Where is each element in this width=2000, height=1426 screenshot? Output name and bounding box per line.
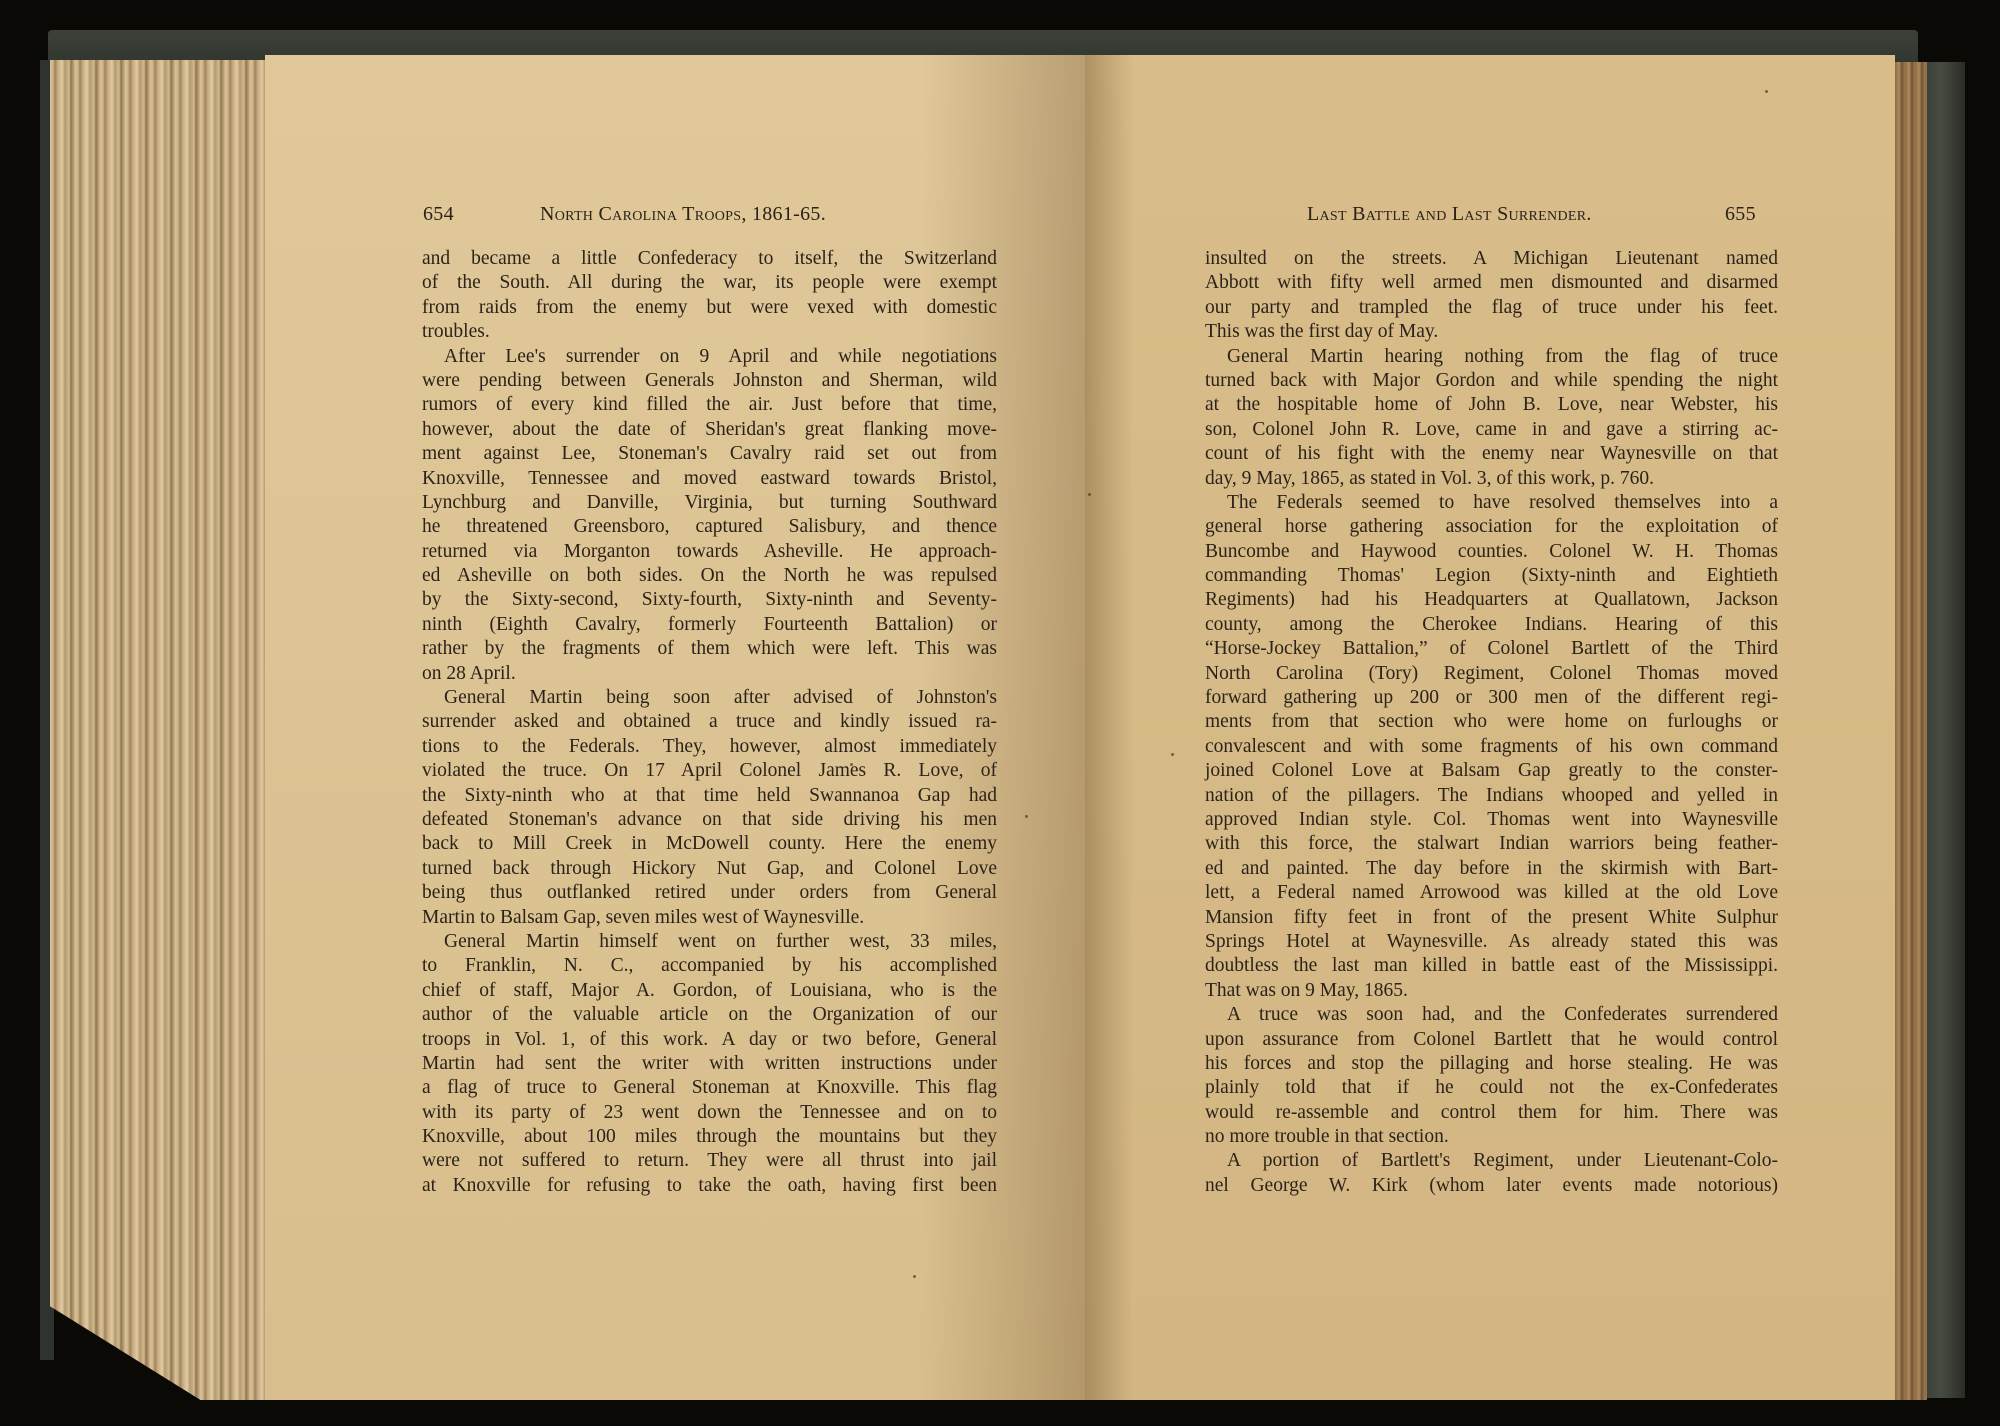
paper-speck xyxy=(1765,90,1768,93)
text-line: General Martin being soon after advised … xyxy=(422,686,997,710)
text-line: That was on 9 May, 1865. xyxy=(1205,979,1778,1003)
page-number-right: 655 xyxy=(1725,203,1756,226)
page-number-left: 654 xyxy=(423,203,454,226)
text-line: A portion of Bartlett's Regiment, under … xyxy=(1205,1149,1778,1173)
text-line: Abbott with fifty well armed men dismoun… xyxy=(1205,271,1778,295)
text-line: tions to the Federals. They, however, al… xyxy=(422,735,997,759)
text-line: After Lee's surrender on 9 April and whi… xyxy=(422,345,997,369)
text-line: Martin to Balsam Gap, seven miles west o… xyxy=(422,906,997,930)
text-line: defeated Stoneman's advance on that side… xyxy=(422,808,997,832)
text-line: The Federals seemed to have resolved the… xyxy=(1205,491,1778,515)
text-line: commanding Thomas' Legion (Sixty-ninth a… xyxy=(1205,564,1778,588)
text-line: This was the first day of May. xyxy=(1205,320,1778,344)
paper-speck xyxy=(1088,493,1091,496)
text-line: a flag of truce to General Stoneman at K… xyxy=(422,1076,997,1100)
text-line: of the South. All during the war, its pe… xyxy=(422,271,997,295)
text-line: “Horse-Jockey Battalion,” of Colonel Bar… xyxy=(1205,637,1778,661)
text-line: however, about the date of Sheridan's gr… xyxy=(422,418,997,442)
paper-speck xyxy=(913,1275,916,1278)
right-page: Last Battle and Last Surrender. 655 insu… xyxy=(1085,55,1895,1400)
text-line: ed Asheville on both sides. On the North… xyxy=(422,564,997,588)
text-line: author of the valuable article on the Or… xyxy=(422,1003,997,1027)
text-line: Mansion fifty feet in front of the prese… xyxy=(1205,906,1778,930)
text-line: back to Mill Creek in McDowell county. H… xyxy=(422,832,997,856)
text-line: being thus outflanked retired under orde… xyxy=(422,881,997,905)
paper-speck xyxy=(1171,753,1174,756)
text-line: ment against Lee, Stoneman's Cavalry rai… xyxy=(422,442,997,466)
text-line: insulted on the streets. A Michigan Lieu… xyxy=(1205,247,1778,271)
text-line: at the hospitable home of John B. Love, … xyxy=(1205,393,1778,417)
running-head-title-left: North Carolina Troops, 1861-65. xyxy=(540,203,826,226)
text-line: chief of staff, Major A. Gordon, of Loui… xyxy=(422,979,997,1003)
text-line: Springs Hotel at Waynesville. As already… xyxy=(1205,930,1778,954)
text-line: day, 9 May, 1865, as stated in Vol. 3, o… xyxy=(1205,467,1778,491)
text-line: Lynchburg and Danville, Virginia, but tu… xyxy=(422,491,997,515)
text-line: turned back through Hickory Nut Gap, and… xyxy=(422,857,997,881)
text-line: were not suffered to return. They were a… xyxy=(422,1149,997,1173)
text-line: doubtless the last man killed in battle … xyxy=(1205,954,1778,978)
text-line: ed and painted. The day before in the sk… xyxy=(1205,857,1778,881)
text-line: Martin had sent the writer with written … xyxy=(422,1052,997,1076)
text-line: with this force, the stalwart Indian war… xyxy=(1205,832,1778,856)
text-line: the Sixty-ninth who at that time held Sw… xyxy=(422,784,997,808)
text-line: General Martin hearing nothing from the … xyxy=(1205,345,1778,369)
text-line: would re-assemble and control them for h… xyxy=(1205,1101,1778,1125)
text-line: count of his fight with the enemy near W… xyxy=(1205,442,1778,466)
text-line: forward gathering up 200 or 300 men of t… xyxy=(1205,686,1778,710)
text-line: Knoxville, Tennessee and moved eastward … xyxy=(422,467,997,491)
text-line: nation of the pillagers. The Indians who… xyxy=(1205,784,1778,808)
text-line: General Martin himself went on further w… xyxy=(422,930,997,954)
text-line: turned back with Major Gordon and while … xyxy=(1205,369,1778,393)
text-line: troubles. xyxy=(422,320,997,344)
text-line: violated the truce. On 17 April Colonel … xyxy=(422,759,997,783)
text-line: upon assurance from Colonel Bartlett tha… xyxy=(1205,1028,1778,1052)
text-line: approved Indian style. Col. Thomas went … xyxy=(1205,808,1778,832)
left-page: 654 North Carolina Troops, 1861-65. and … xyxy=(265,55,1085,1400)
text-line: and became a little Confederacy to itsel… xyxy=(422,247,997,271)
text-line: returned via Morganton towards Asheville… xyxy=(422,540,997,564)
text-line: troops in Vol. 1, of this work. A day or… xyxy=(422,1028,997,1052)
text-line: Buncombe and Haywood counties. Colonel W… xyxy=(1205,540,1778,564)
text-line: with its party of 23 went down the Tenne… xyxy=(422,1101,997,1125)
text-line: A truce was soon had, and the Confederat… xyxy=(1205,1003,1778,1027)
text-line: rather by the fragments of them which we… xyxy=(422,637,997,661)
text-line: his forces and stop the pillaging and ho… xyxy=(1205,1052,1778,1076)
text-line: Regiments) had his Headquarters at Quall… xyxy=(1205,588,1778,612)
paper-speck xyxy=(1025,815,1028,818)
text-line: our party and trampled the flag of truce… xyxy=(1205,296,1778,320)
text-line: from raids from the enemy but were vexed… xyxy=(422,296,997,320)
text-line: rumors of every kind filled the air. Jus… xyxy=(422,393,997,417)
running-head-title-right: Last Battle and Last Surrender. xyxy=(1307,203,1592,226)
text-line: North Carolina (Tory) Regiment, Colonel … xyxy=(1205,662,1778,686)
right-page-body: insulted on the streets. A Michigan Lieu… xyxy=(1205,247,1778,1198)
text-line: at Knoxville for refusing to take the oa… xyxy=(422,1174,997,1198)
left-page-body: and became a little Confederacy to itsel… xyxy=(422,247,997,1198)
text-line: lett, a Federal named Arrowood was kille… xyxy=(1205,881,1778,905)
text-line: joined Colonel Love at Balsam Gap greatl… xyxy=(1205,759,1778,783)
text-line: county, among the Cherokee Indians. Hear… xyxy=(1205,613,1778,637)
text-line: were pending between Generals Johnston a… xyxy=(422,369,997,393)
text-line: son, Colonel John R. Love, came in and g… xyxy=(1205,418,1778,442)
page-edges-left xyxy=(50,60,265,1400)
text-line: Knoxville, about 100 miles through the m… xyxy=(422,1125,997,1149)
text-line: plainly told that if he could not the ex… xyxy=(1205,1076,1778,1100)
text-line: ments from that section who were home on… xyxy=(1205,710,1778,734)
text-line: nel George W. Kirk (whom later events ma… xyxy=(1205,1174,1778,1198)
text-line: to Franklin, N. C., accompanied by his a… xyxy=(422,954,997,978)
text-line: general horse gathering association for … xyxy=(1205,515,1778,539)
text-line: surrender asked and obtained a truce and… xyxy=(422,710,997,734)
text-line: no more trouble in that section. xyxy=(1205,1125,1778,1149)
text-line: convalescent and with some fragments of … xyxy=(1205,735,1778,759)
paper-speck xyxy=(850,763,853,766)
page-edges-right xyxy=(1895,62,1927,1400)
text-line: he threatened Greensboro, captured Salis… xyxy=(422,515,997,539)
text-line: on 28 April. xyxy=(422,662,997,686)
text-line: by the Sixty-second, Sixty-fourth, Sixty… xyxy=(422,588,997,612)
text-line: ninth (Eighth Cavalry, formerly Fourteen… xyxy=(422,613,997,637)
book-cover-right xyxy=(1925,62,1965,1398)
